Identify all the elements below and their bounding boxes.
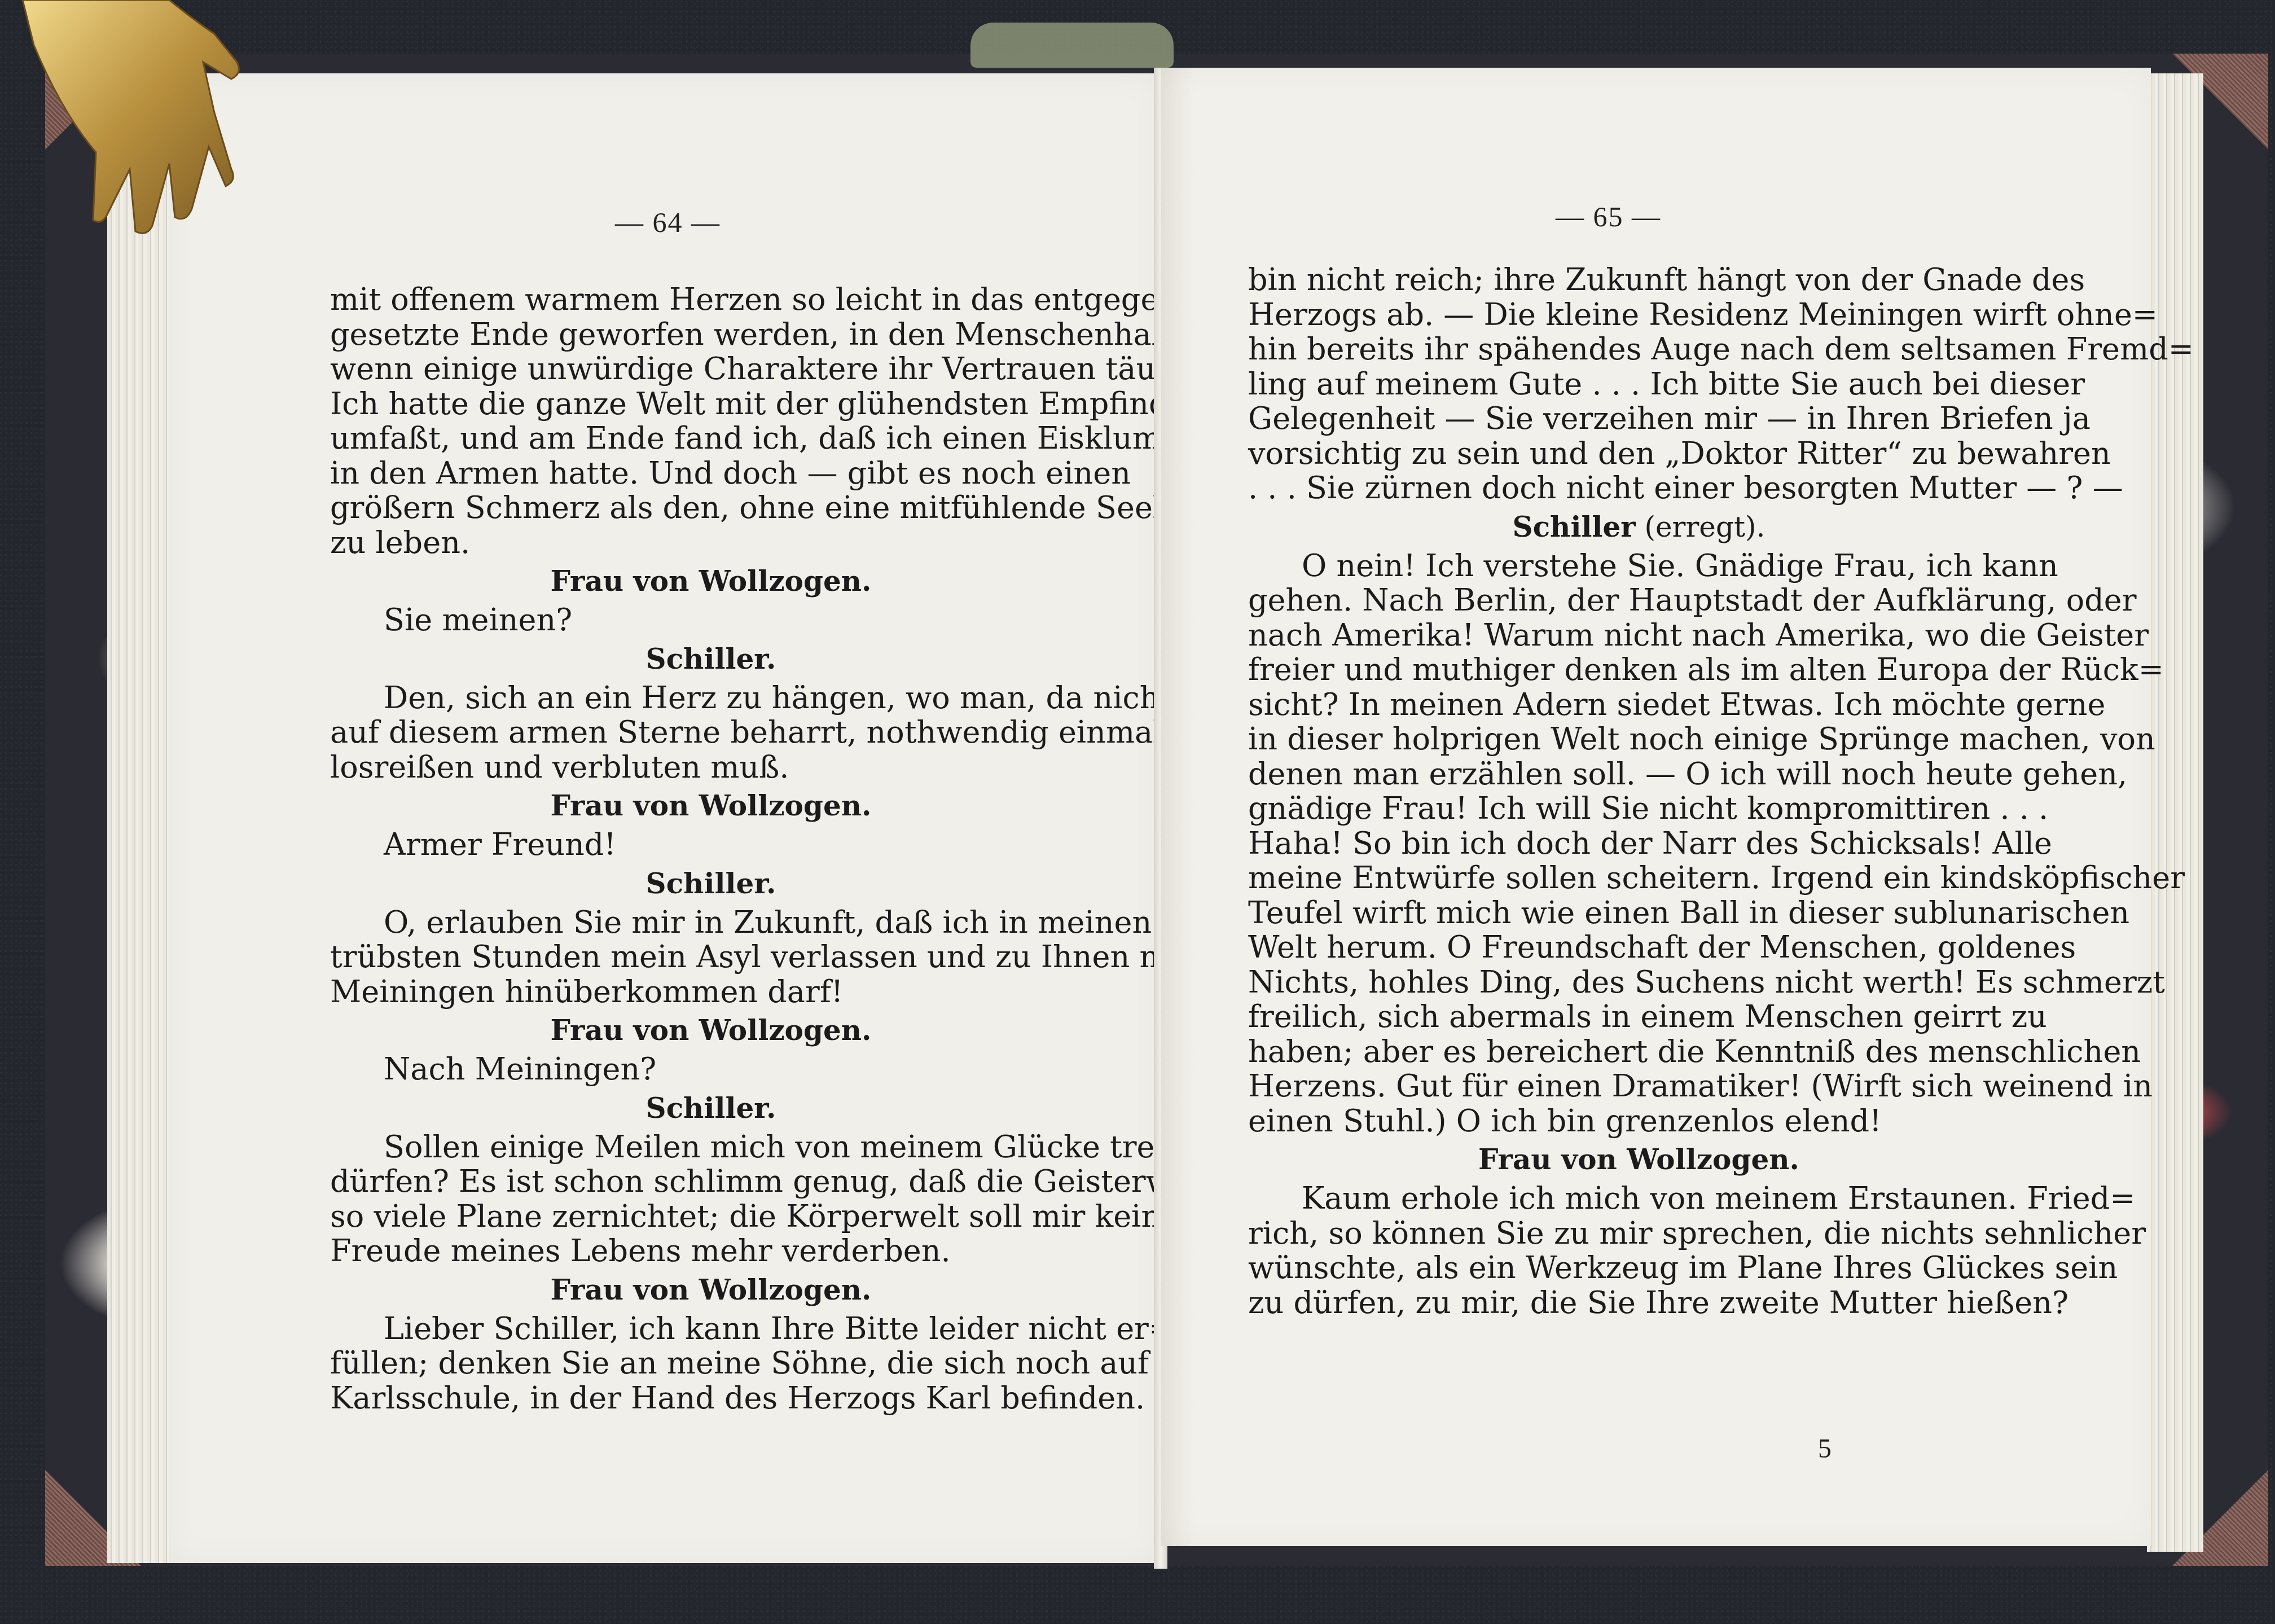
text-line: . . . Sie zürnen doch nicht einer besorg… — [1248, 471, 2030, 506]
text-line: dürfen? Es ist schon schlimm genug, daß … — [330, 1164, 1092, 1199]
text-line: Welt herum. O Freundschaft der Menschen,… — [1248, 930, 2030, 965]
text-line: Meiningen hinüberkommen darf! — [330, 975, 1092, 1009]
text-line: Herzens. Gut für einen Dramatiker! (Wirf… — [1248, 1069, 2030, 1104]
page-body: bin nicht reich; ihre Zukunft hängt von … — [1248, 262, 2030, 1320]
speaker-name: Frau von Wollzogen. — [330, 1011, 1092, 1050]
text-line: zu dürfen, zu mir, die Sie Ihre zweite M… — [1248, 1285, 2030, 1320]
text-line: O nein! Ich verstehe Sie. Gnädige Frau, … — [1248, 548, 2030, 583]
signature-mark: 5 — [1818, 1433, 1832, 1464]
text-line: freier und muthiger denken als im alten … — [1248, 652, 2030, 687]
text-line: Den, sich an ein Herz zu hängen, wo man,… — [330, 681, 1092, 716]
text-line: Ich hatte die ganze Welt mit der glühend… — [330, 387, 1092, 422]
text-line: wünschte, als ein Werkzeug im Plane Ihre… — [1248, 1250, 2030, 1285]
speaker-name: Schiller (erregt). — [1248, 508, 2030, 546]
text-line: Gelegenheit — Sie verzeihen mir — in Ihr… — [1248, 401, 2030, 436]
text-line: Nichts, hohles Ding, des Suchens nicht w… — [1248, 965, 2030, 1000]
text-line: umfaßt, und am Ende fand ich, daß ich ei… — [330, 421, 1092, 456]
speaker-name: Frau von Wollzogen. — [330, 787, 1092, 825]
speaker-name: Schiller. — [330, 864, 1092, 903]
text-line: Armer Freund! — [330, 827, 1092, 862]
speaker-name: Schiller. — [330, 1089, 1092, 1127]
text-line: gesetzte Ende geworfen werden, in den Me… — [330, 317, 1092, 352]
text-line: denen man erzählen soll. — O ich will no… — [1248, 757, 2030, 792]
text-line: losreißen und verbluten muß. — [330, 750, 1092, 785]
text-line: größern Schmerz als den, ohne eine mitfü… — [330, 490, 1092, 525]
text-line: bin nicht reich; ihre Zukunft hängt von … — [1248, 262, 2030, 297]
text-line: nach Amerika! Warum nicht nach Amerika, … — [1248, 618, 2030, 653]
text-line: Sie meinen? — [330, 603, 1092, 638]
text-line: mit offenem warmem Herzen so leicht in d… — [330, 282, 1092, 317]
speaker-name: Schiller. — [330, 640, 1092, 678]
bookmark-ribbon — [970, 23, 1174, 68]
brass-hand-page-holder-icon — [0, 0, 316, 271]
text-line: haben; aber es bereichert die Kenntniß d… — [1248, 1034, 2030, 1069]
page-edges-left — [107, 85, 175, 1563]
text-line: sicht? In meinen Adern siedet Etwas. Ich… — [1248, 687, 2030, 722]
right-page: — 65 — bin nicht reich; ihre Zukunft hän… — [1161, 68, 2151, 1546]
page-body: mit offenem warmem Herzen so leicht in d… — [330, 282, 1092, 1415]
speaker-name: Frau von Wollzogen. — [330, 562, 1092, 600]
text-line: gnädige Frau! Ich will Sie nicht komprom… — [1248, 791, 2030, 826]
text-line: in dieser holprigen Welt noch einige Spr… — [1248, 722, 2030, 757]
text-line: in den Armen hatte. Und doch — gibt es n… — [330, 456, 1092, 491]
text-line: Karlsschule, in der Hand des Herzogs Kar… — [330, 1381, 1092, 1416]
text-line: O, erlauben Sie mir in Zukunft, daß ich … — [330, 905, 1092, 940]
text-line: Teufel wirft mich wie einen Ball in dies… — [1248, 896, 2030, 930]
text-line: wenn einige unwürdige Charaktere ihr Ver… — [330, 352, 1092, 387]
text-line: vorsichtig zu sein und den „Doktor Ritte… — [1248, 436, 2030, 471]
text-line: ling auf meinem Gute . . . Ich bitte Sie… — [1248, 367, 2030, 402]
text-line: Herzogs ab. — Die kleine Residenz Meinin… — [1248, 297, 2030, 332]
text-line: einen Stuhl.) O ich bin grenzenlos elend… — [1248, 1104, 2030, 1139]
speaker-name: Frau von Wollzogen. — [330, 1271, 1092, 1309]
text-line: Freude meines Lebens mehr verderben. — [330, 1234, 1092, 1269]
text-line: Kaum erhole ich mich von meinem Erstaune… — [1248, 1181, 2030, 1216]
text-line: hin bereits ihr spähendes Auge nach dem … — [1248, 332, 2030, 367]
text-line: trübsten Stunden mein Asyl verlassen und… — [330, 940, 1092, 975]
text-line: gehen. Nach Berlin, der Hauptstadt der A… — [1248, 583, 2030, 618]
page-edges-right — [2147, 73, 2203, 1552]
text-line: freilich, sich abermals in einem Mensche… — [1248, 999, 2030, 1034]
text-line: zu leben. — [330, 525, 1092, 560]
text-line: rich, so können Sie zu mir sprechen, die… — [1248, 1216, 2030, 1251]
page-number: — 65 — — [1556, 200, 1661, 233]
text-line: meine Entwürfe sollen scheitern. Irgend … — [1248, 861, 2030, 896]
text-line: so viele Plane zernichtet; die Körperwel… — [330, 1199, 1092, 1234]
text-line: Haha! So bin ich doch der Narr des Schic… — [1248, 826, 2030, 861]
text-line: Sollen einige Meilen mich von meinem Glü… — [330, 1130, 1092, 1165]
speaker-name: Frau von Wollzogen. — [1248, 1140, 2030, 1179]
left-page: — 64 — mit offenem warmem Herzen so leic… — [169, 73, 1161, 1563]
text-line: füllen; denken Sie an meine Söhne, die s… — [330, 1346, 1092, 1381]
text-line: Nach Meiningen? — [330, 1052, 1092, 1087]
text-line: Lieber Schiller, ich kann Ihre Bitte lei… — [330, 1311, 1092, 1346]
text-line: auf diesem armen Sterne beharrt, nothwen… — [330, 715, 1092, 750]
page-number: — 64 — — [615, 206, 721, 239]
